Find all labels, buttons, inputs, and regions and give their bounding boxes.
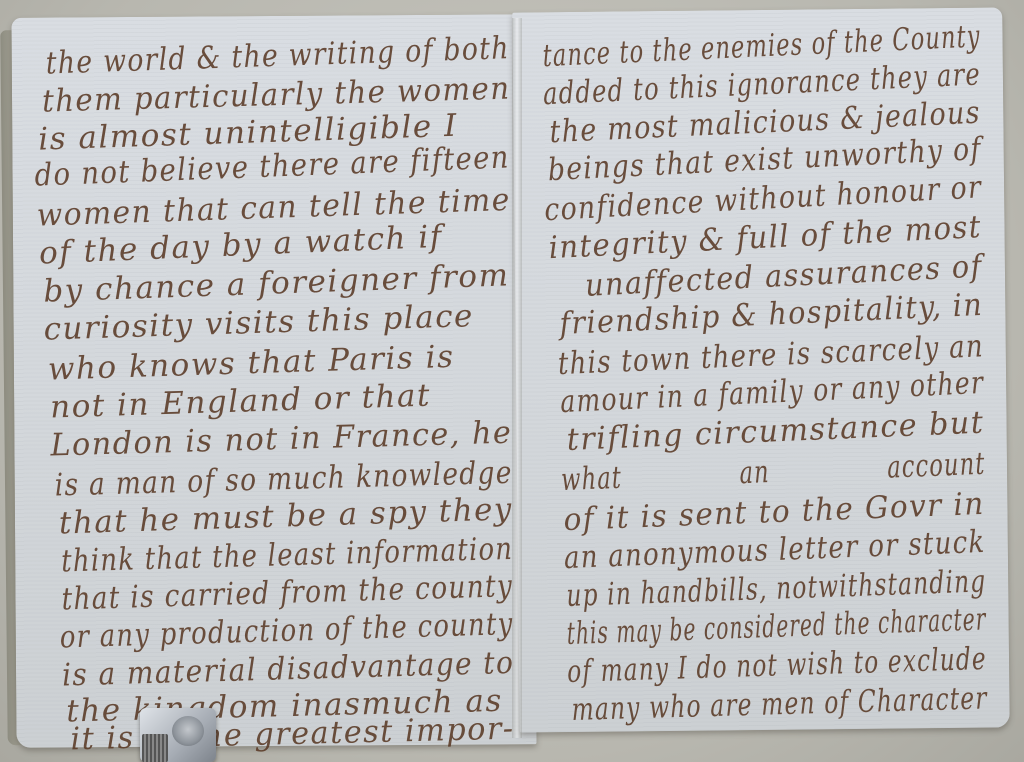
- left-page: the world & the writing of both them par…: [11, 14, 536, 748]
- left-page-text: the world & the writing of both them par…: [11, 14, 536, 748]
- sharpener-hole: [172, 716, 204, 746]
- pencil-sharpener-weight: [140, 708, 216, 762]
- sharpener-grip: [142, 734, 168, 762]
- book-gutter: [512, 18, 522, 738]
- right-page-text: tance to the enemies of the County added…: [512, 7, 1010, 732]
- right-page: tance to the enemies of the County added…: [512, 7, 1010, 732]
